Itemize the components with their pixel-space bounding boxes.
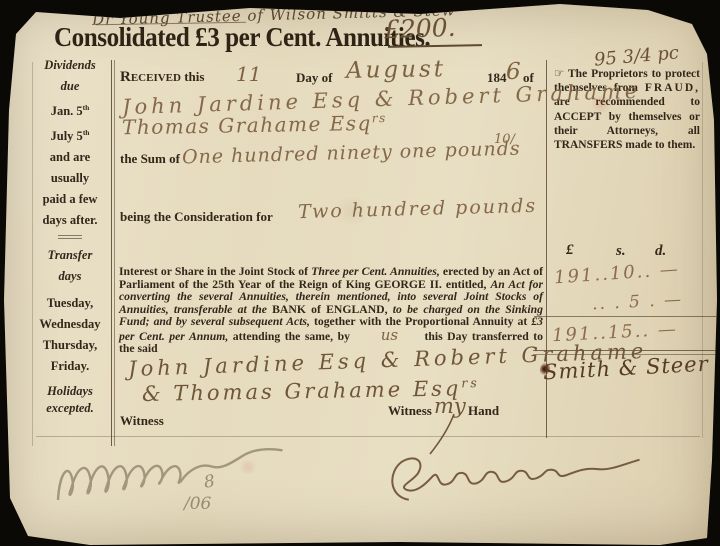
sidebar-line: Jan. 5th [30,100,110,119]
handwritten-amount-row-1: 191..10.. — [553,259,680,289]
sidebar-line: Wednesday [30,317,110,332]
consideration-label: being the Consideration for [120,209,273,225]
sidebar-line: Dividends [30,58,110,73]
sidebar-line: paid a few [30,192,110,207]
legal-clause-paragraph: Interest or Share in the Joint Stock of … [119,266,543,356]
received-this-label: Received this [120,69,204,86]
pounds-column-header: £ [566,242,574,259]
sidebar-line: and are [30,150,110,165]
handwritten-by-whom: us [354,329,424,342]
pencil-note-bottom: /06 [184,494,211,514]
document-title: Consolidated £3 per Cent. Annuities. [54,22,430,53]
sidebar-line: usually [30,171,110,186]
sidebar-line: days after. [30,213,110,228]
witness-my-hand-label-post: Hand [468,403,499,419]
witness-my-hand-label-pre: Witness [388,403,432,419]
pence-column-header: d. [655,243,666,260]
illegible-ink-signature [386,446,646,504]
sidebar-line: July 5th [30,125,110,144]
shillings-column-header: s. [616,243,626,260]
dividends-sidebar: Dividends due Jan. 5th July 5th and are … [30,58,110,422]
handwritten-day: 11 [236,62,261,86]
title-amount-rule [388,44,482,48]
handwritten-sum-shillings: 10/ [494,132,515,147]
paper-stain [238,460,258,474]
handwritten-transferee-line-2: & Thomas Grahame Esqrs [142,375,480,406]
sidebar-line: days [30,269,110,284]
scanned-certificate: Dr Young Trustee of Wilson Smitts & Stew… [0,0,720,546]
right-edge-rule [702,62,703,438]
paper-sheet: Dr Young Trustee of Wilson Smitts & Stew… [0,0,720,546]
handwritten-year-digit: 6 [506,59,521,85]
pointing-hand-icon: ☞ [554,66,564,80]
left-column-rule [32,62,33,446]
sidebar-line: Friday. [30,359,110,374]
sidebar-line: excepted. [30,401,110,416]
illegible-pencil-scrawl [52,444,292,500]
sidebar-divider-rule-2 [114,60,115,446]
sidebar-line: Holidays [30,384,110,399]
sum-label: the Sum of [120,151,180,167]
pencil-note-top: 8 [203,471,217,492]
bottom-border-rule [36,436,700,437]
sidebar-line: Transfer [30,248,110,263]
handwritten-sum: One hundred ninety one pounds [182,138,521,169]
handwritten-month: August [346,56,446,84]
paper-stain [330,198,374,224]
handwritten-amount-row-2: .. . 5 . — [592,290,684,315]
sidebar-divider [58,235,82,239]
amounts-subtotal-rule [534,316,716,317]
handwritten-title-amount: £200. [384,13,457,44]
sidebar-line: Thursday, [30,338,110,353]
sidebar-line: due [30,79,110,94]
witness-label: Witness [120,413,164,429]
day-of-label: Day of [296,70,332,86]
sidebar-divider-rule [111,60,112,446]
sidebar-line: Tuesday, [30,296,110,311]
